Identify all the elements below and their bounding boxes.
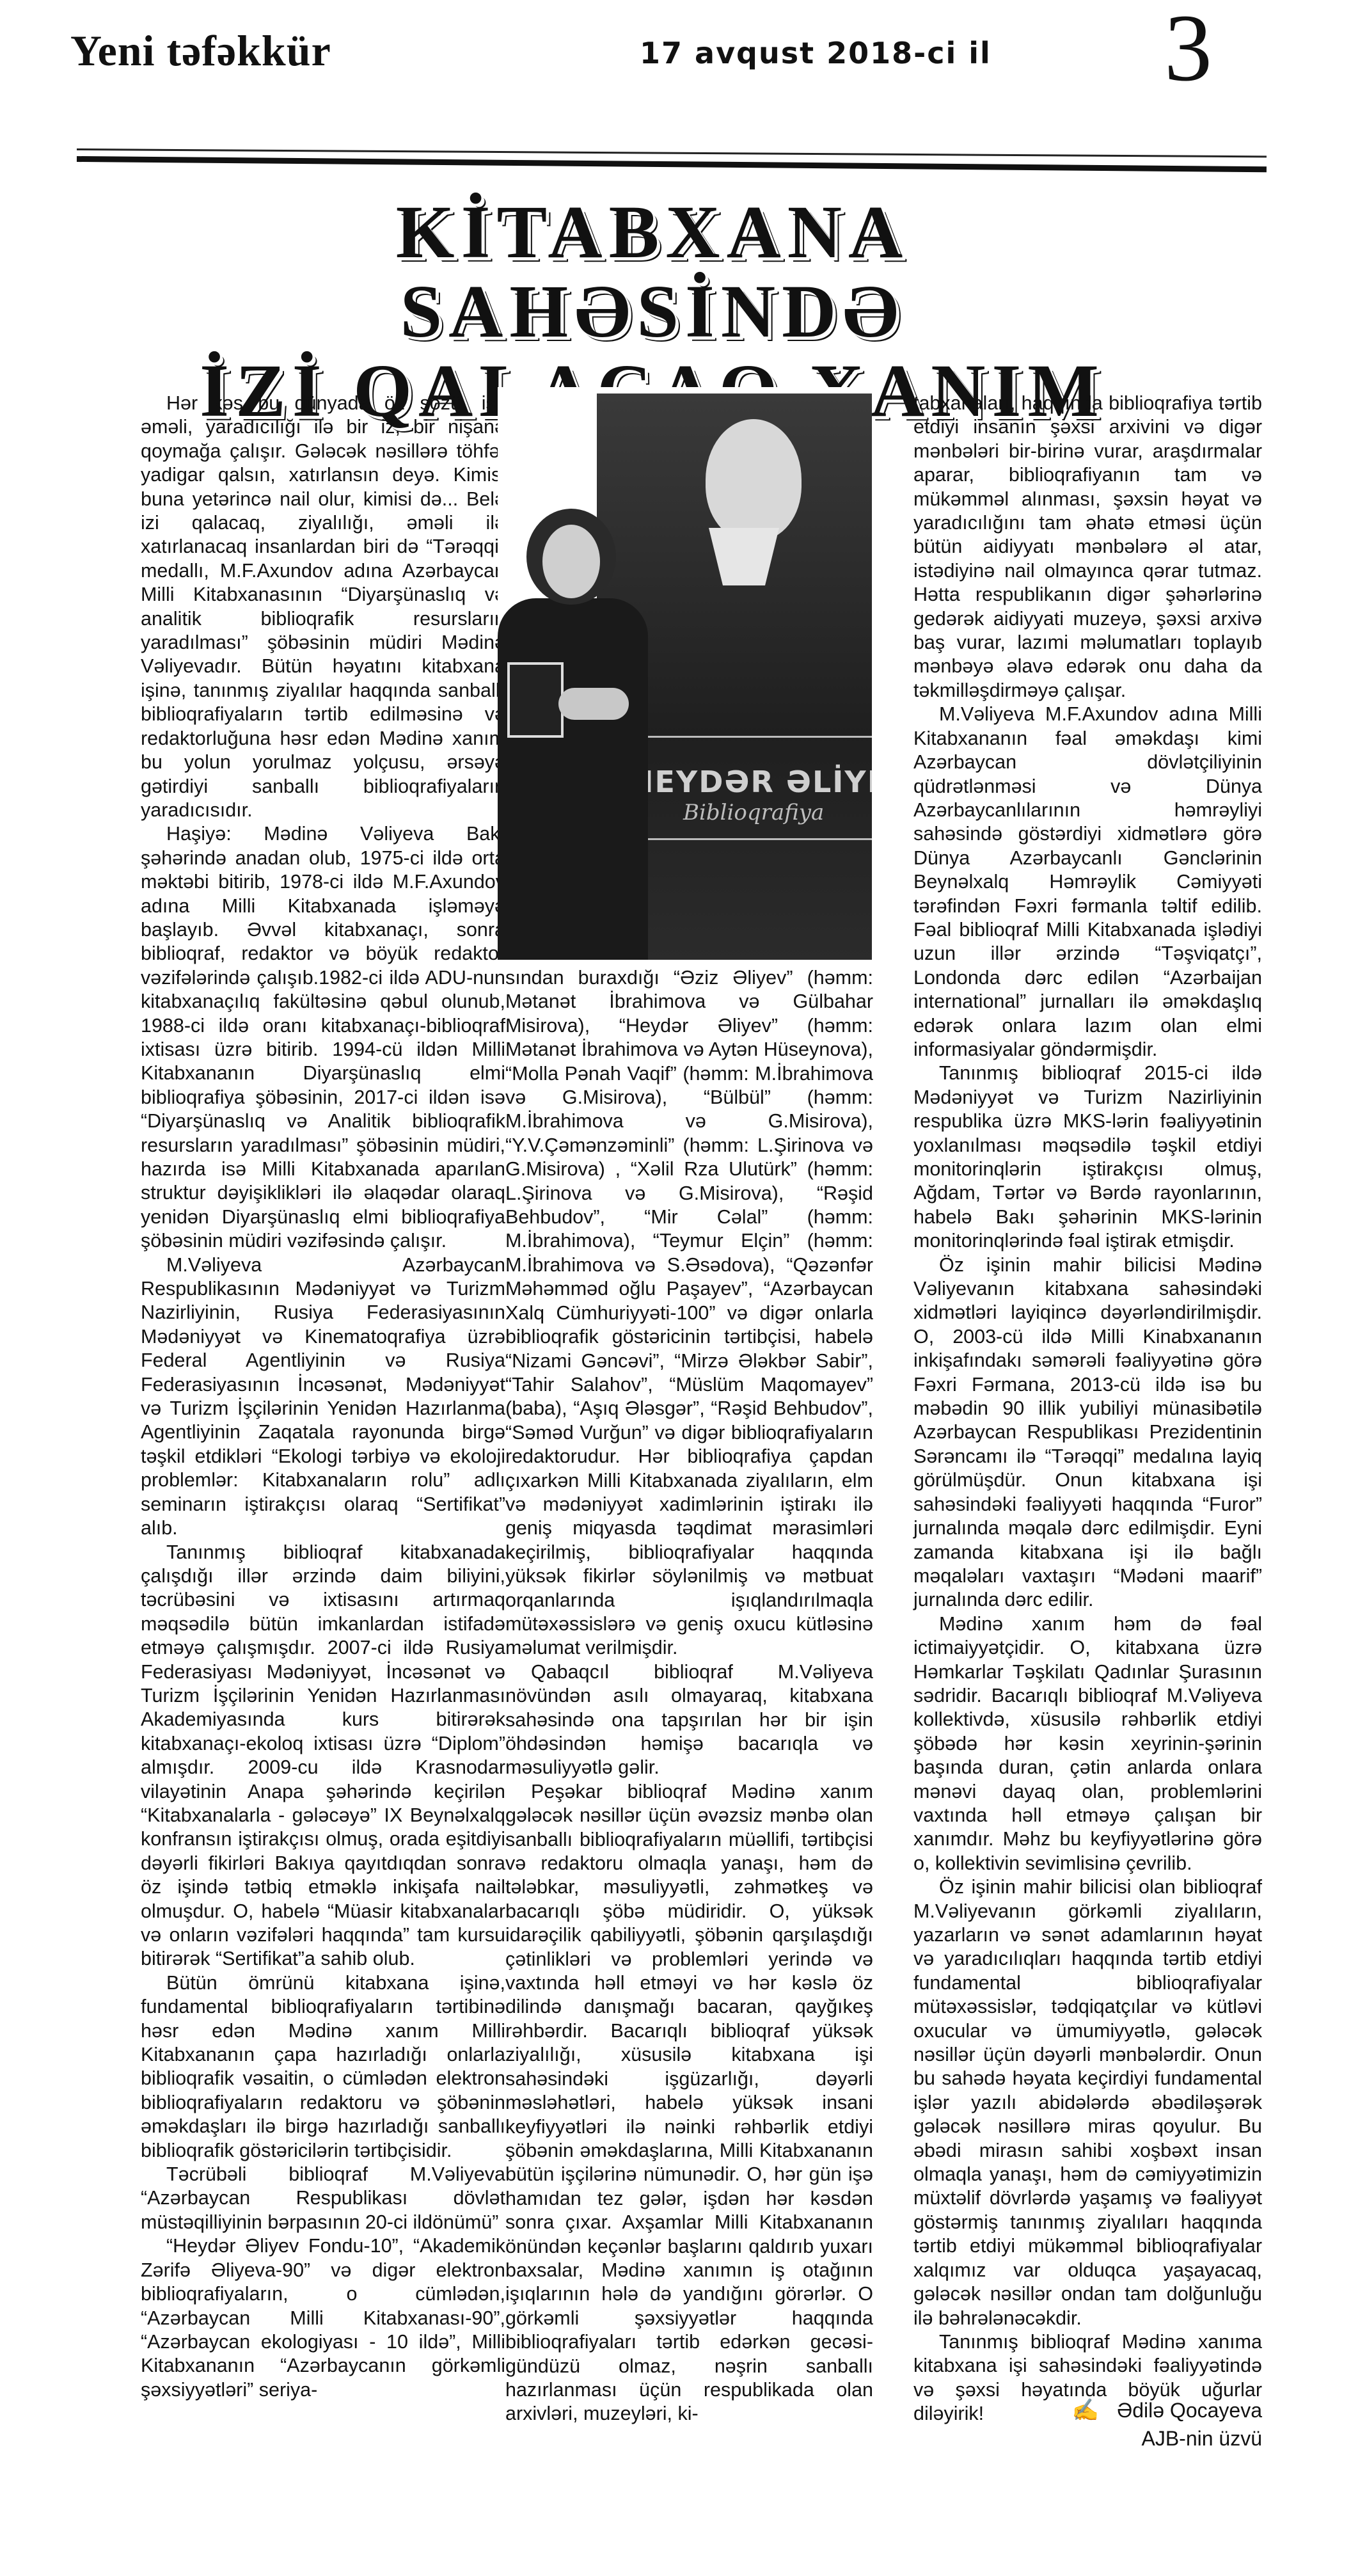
article-column-2: sından buraxdığı “Əziz Əliyev” (həmm: Mə… — [505, 966, 873, 2426]
paragraph: “Heydər Əliyev Fondu-10”, “Akademik Zəri… — [141, 2234, 505, 2402]
author-affiliation: AJB-nin üzvü — [1049, 2424, 1262, 2453]
article-photo: HEYDƏR ƏLİYEV Biblioqrafiya — [498, 387, 872, 960]
woman-hands — [558, 688, 629, 720]
author-name: Ədilə Qocayeva — [1117, 2399, 1262, 2422]
book-icon — [507, 662, 564, 738]
paragraph: Haşiyə: Mədinə Vəliyeva Bakı şəhərində a… — [141, 822, 505, 1253]
headline-line-1: KİTABXANA SAHƏSİNDƏ — [166, 193, 1139, 351]
paragraph: Tanınmış biblioqraf kitabxanada çalışdığ… — [141, 1541, 505, 1971]
paragraph: Öz işinin mahir bilicisi Mədinə Vəliyeva… — [913, 1253, 1262, 1612]
banner-title: HEYDƏR ƏLİYEV — [629, 765, 872, 799]
header-rule-thick — [77, 156, 1267, 172]
pen-icon: ✍ — [1072, 2398, 1099, 2422]
byline: ✍Ədilə Qocayeva AJB-nin üzvü — [1049, 2396, 1262, 2453]
banner-subtitle: Biblioqrafiya — [683, 800, 824, 825]
paragraph: Təcrübəli biblioqraf M.Vəliyeva “Azərbay… — [141, 2163, 505, 2234]
newspaper-name: Yeni təfəkkür — [70, 26, 331, 76]
woman-figure — [498, 598, 648, 960]
paragraph: sından buraxdığı “Əziz Əliyev” (həmm: Mə… — [505, 966, 873, 1660]
paragraph: Tanınmış biblioqraf 2015-ci ildə Mədəniy… — [913, 1061, 1262, 1253]
article-column-1: Hər kəs bu dünyada öz sözü, işi, əməli, … — [141, 392, 505, 2402]
paragraph: Bütün ömrünü kitabxana işinə, fundamenta… — [141, 1971, 505, 2163]
paragraph: Öz işinin mahir bilicisi olan biblioqraf… — [913, 1875, 1262, 2330]
paragraph: M.Vəliyeva M.F.Axundov adına Milli Kitab… — [913, 703, 1262, 1061]
header-rule-thin — [77, 148, 1267, 157]
page-number: 3 — [1164, 0, 1212, 96]
woman-face — [542, 525, 600, 598]
paragraph: tabxanaları, haqqında biblioqrafiya tərt… — [913, 392, 1262, 703]
issue-date: 17 avqust 2018-ci il — [640, 36, 992, 70]
paragraph: M.Vəliyeva Azərbaycan Respublikasının Mə… — [141, 1253, 505, 1541]
article-column-3: tabxanaları, haqqında biblioqrafiya tərt… — [913, 392, 1262, 2426]
paragraph: Peşəkar biblioqraf Mədinə xanım gələcək … — [505, 1780, 873, 2426]
paragraph: Qabaqcıl biblioqraf M.Vəliyeva növündən … — [505, 1660, 873, 1780]
masthead: Yeni təfəkkür 17 avqust 2018-ci il 3 — [0, 0, 1351, 128]
portrait-head — [706, 419, 802, 541]
paragraph: Hər kəs bu dünyada öz sözü, işi, əməli, … — [141, 392, 505, 822]
paragraph: Mədinə xanım həm də fəal ictimaiyyətçidi… — [913, 1612, 1262, 1875]
